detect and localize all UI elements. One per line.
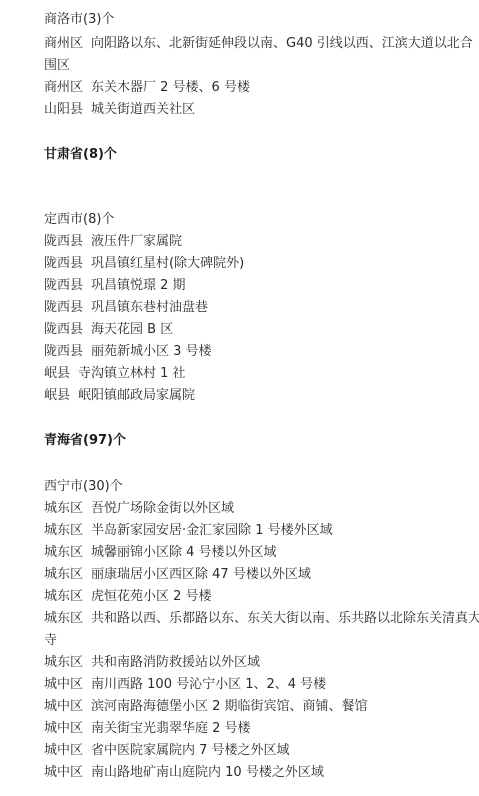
list-item: 岷县岷阳镇邮政局家属院 [44, 385, 195, 407]
place: 南关街宝光翡翠华庭 2 号楼 [91, 721, 251, 736]
place: 液压件厂家属院 [91, 234, 182, 249]
list-item-continuation: 寺 [44, 630, 57, 652]
district: 城东区 [44, 611, 83, 626]
place: 丽康瑞居小区西区除 47 号楼以外区域 [91, 567, 311, 582]
place: 城馨丽锦小区除 4 号楼以外区域 [91, 545, 277, 560]
place: 滨河南路海德堡小区 2 期临街宾馆、商铺、餐馆 [91, 699, 368, 714]
place: 东关木器厂 2 号楼、6 号楼 [91, 80, 250, 95]
district: 陇西县 [44, 256, 83, 271]
place: 共和南路消防救援站以外区域 [91, 655, 260, 670]
list-item: 城中区南山路地矿南山庭院内 10 号楼之外区域 [44, 762, 324, 784]
place: 半岛新家园安居·金汇家园除 1 号楼外区域 [91, 523, 333, 538]
district: 城东区 [44, 501, 83, 516]
list-item: 山阳县城关街道西关社区 [44, 99, 195, 121]
district: 城中区 [44, 677, 83, 692]
list-item: 陇西县巩昌镇悦璟 2 期 [44, 275, 186, 297]
list-item: 陇西县海天花园 B 区 [44, 319, 173, 341]
list-item: 城中区南川西路 100 号沁宁小区 1、2、4 号楼 [44, 674, 326, 696]
place: 南川西路 100 号沁宁小区 1、2、4 号楼 [91, 677, 326, 692]
place: 巩昌镇红星村(除大碑院外) [91, 256, 244, 271]
district: 岷县 [44, 388, 70, 403]
list-item: 城东区虎恒花苑小区 2 号楼 [44, 586, 212, 608]
place: 寺沟镇立林村 1 社 [78, 366, 186, 381]
list-item: 陇西县液压件厂家属院 [44, 231, 182, 253]
place: 省中医院家属院内 7 号楼之外区域 [91, 743, 290, 758]
list-item: 岷县寺沟镇立林村 1 社 [44, 363, 186, 385]
district: 岷县 [44, 366, 70, 381]
list-item: 商州区向阳路以东、北新街延伸段以南、G40 引线以西、江滨大道以北合 [44, 33, 473, 55]
district: 城中区 [44, 721, 83, 736]
district: 城东区 [44, 589, 83, 604]
city-heading: 西宁市(30)个 [44, 476, 123, 498]
district: 陇西县 [44, 322, 83, 337]
place: 巩昌镇东巷村油盘巷 [91, 300, 208, 315]
place: 吾悦广场除金街以外区域 [91, 501, 234, 516]
city-heading: 商洛市(3)个 [44, 9, 114, 31]
district: 商州区 [44, 80, 83, 95]
list-item-continuation: 围区 [44, 55, 70, 77]
district: 城东区 [44, 545, 83, 560]
district: 城中区 [44, 765, 83, 780]
list-item: 陇西县巩昌镇红星村(除大碑院外) [44, 253, 244, 275]
district: 陇西县 [44, 300, 83, 315]
place: 丽苑新城小区 3 号楼 [91, 344, 212, 359]
list-item: 城东区吾悦广场除金街以外区域 [44, 498, 234, 520]
district: 商州区 [44, 36, 83, 51]
city-heading: 定西市(8)个 [44, 209, 114, 231]
district: 城中区 [44, 699, 83, 714]
list-item: 城东区共和路以西、乐都路以东、东关大街以南、乐共路以北除东关清真大 [44, 608, 479, 630]
place: 向阳路以东、北新街延伸段以南、G40 引线以西、江滨大道以北合 [91, 36, 473, 51]
place: 岷阳镇邮政局家属院 [78, 388, 195, 403]
list-item: 城东区共和南路消防救援站以外区域 [44, 652, 260, 674]
place: 海天花园 B 区 [91, 322, 173, 337]
district: 城东区 [44, 567, 83, 582]
place: 虎恒花苑小区 2 号楼 [91, 589, 212, 604]
list-item: 城中区滨河南路海德堡小区 2 期临街宾馆、商铺、餐馆 [44, 696, 368, 718]
province-heading: 甘肃省(8)个 [44, 144, 117, 166]
list-item: 陇西县丽苑新城小区 3 号楼 [44, 341, 212, 363]
place: 巩昌镇悦璟 2 期 [91, 278, 186, 293]
list-item: 陇西县巩昌镇东巷村油盘巷 [44, 297, 208, 319]
list-item: 城东区丽康瑞居小区西区除 47 号楼以外区域 [44, 564, 311, 586]
list-item: 城中区南关街宝光翡翠华庭 2 号楼 [44, 718, 251, 740]
district: 山阳县 [44, 102, 83, 117]
district: 陇西县 [44, 278, 83, 293]
list-item: 城中区省中医院家属院内 7 号楼之外区域 [44, 740, 290, 762]
district: 城东区 [44, 523, 83, 538]
list-item: 城东区半岛新家园安居·金汇家园除 1 号楼外区域 [44, 520, 333, 542]
district: 城中区 [44, 743, 83, 758]
district: 陇西县 [44, 344, 83, 359]
district: 城东区 [44, 655, 83, 670]
list-item: 商州区东关木器厂 2 号楼、6 号楼 [44, 77, 250, 99]
place: 共和路以西、乐都路以东、东关大街以南、乐共路以北除东关清真大 [91, 611, 479, 626]
place: 城关街道西关社区 [91, 102, 195, 117]
district: 陇西县 [44, 234, 83, 249]
place: 南山路地矿南山庭院内 10 号楼之外区域 [91, 765, 324, 780]
list-item: 城东区城馨丽锦小区除 4 号楼以外区域 [44, 542, 277, 564]
province-heading: 青海省(97)个 [44, 430, 126, 452]
